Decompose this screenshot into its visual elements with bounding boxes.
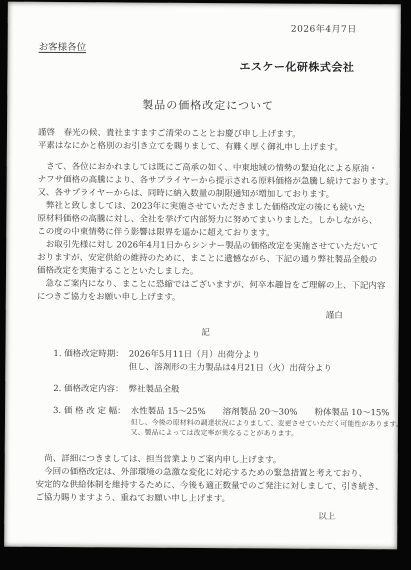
- notice-item-scope: 2. 価格改定内容： 弊社製品全般: [53, 383, 376, 398]
- body-line: につきご協力をお願い申し上げます。: [37, 291, 377, 306]
- item-value-line: 弊社製品全般: [128, 383, 179, 396]
- closing-word: 謹白: [37, 308, 377, 323]
- letter-body: 謹啓 春光の候、貴社ますますご清栄のこととお慶び申し上げます。 平素はなにかと格…: [37, 127, 378, 306]
- item-value: 弊社製品全般: [128, 383, 179, 396]
- letter-title: 製品の価格改定について: [38, 98, 378, 113]
- item-label: 1. 価格改定時期：: [53, 348, 123, 361]
- body-line: 平素はなにかと格別のお引き立てを賜りまして、有難く厚く御礼申し上げます。: [38, 140, 378, 155]
- recipient-text: お客様各位: [39, 42, 87, 53]
- closing-paragraph: 尚、詳細につきましては、担当営業よりご案内申し上げます。 今回の価格改定は、外部…: [35, 453, 375, 507]
- record-header: 記: [37, 326, 377, 341]
- notice-items: 1. 価格改定時期： 2026年5月11日（月）出荷分より 但し、溶剤形の主力製…: [36, 348, 377, 439]
- photo-backdrop: 2026年4月7日 お客様各位 エスケー化研株式会社 製品の価格改定について 謹…: [0, 0, 411, 570]
- letter-page: 2026年4月7日 お客様各位 エスケー化研株式会社 製品の価格改定について 謹…: [4, 2, 401, 550]
- item-value: 2026年5月11日（月）出荷分より 但し、溶剤形の主力製品は4月21日（火）出…: [129, 348, 332, 375]
- company-name: エスケー化研株式会社: [38, 59, 378, 74]
- notice-item-range: 3. 価 格 改 定 幅： 水性製品 15～25% 溶剤製品 20～30% 粉体…: [53, 405, 376, 439]
- end-word: 以上: [35, 509, 375, 524]
- letter-date: 2026年4月7日: [39, 22, 379, 37]
- item-value: 水性製品 15～25% 溶剤製品 20～30% 粉体製品 10～15% 但し、今…: [130, 406, 403, 440]
- item-note-line: 又、製品によっては改定率が異なることがあります。: [130, 428, 402, 439]
- item-label: 2. 価格改定内容：: [53, 383, 123, 396]
- item-value-line: 但し、溶剤形の主力製品は4月21日（火）出荷分より: [129, 361, 332, 375]
- item-label: 3. 価 格 改 定 幅：: [53, 405, 126, 419]
- closing-line: ご協力賜りますよう、重ねてお願い申し上げます。: [35, 492, 375, 507]
- notice-item-timing: 1. 価格改定時期： 2026年5月11日（月）出荷分より 但し、溶剤形の主力製…: [53, 348, 376, 376]
- recipient-line: お客様各位: [39, 41, 379, 56]
